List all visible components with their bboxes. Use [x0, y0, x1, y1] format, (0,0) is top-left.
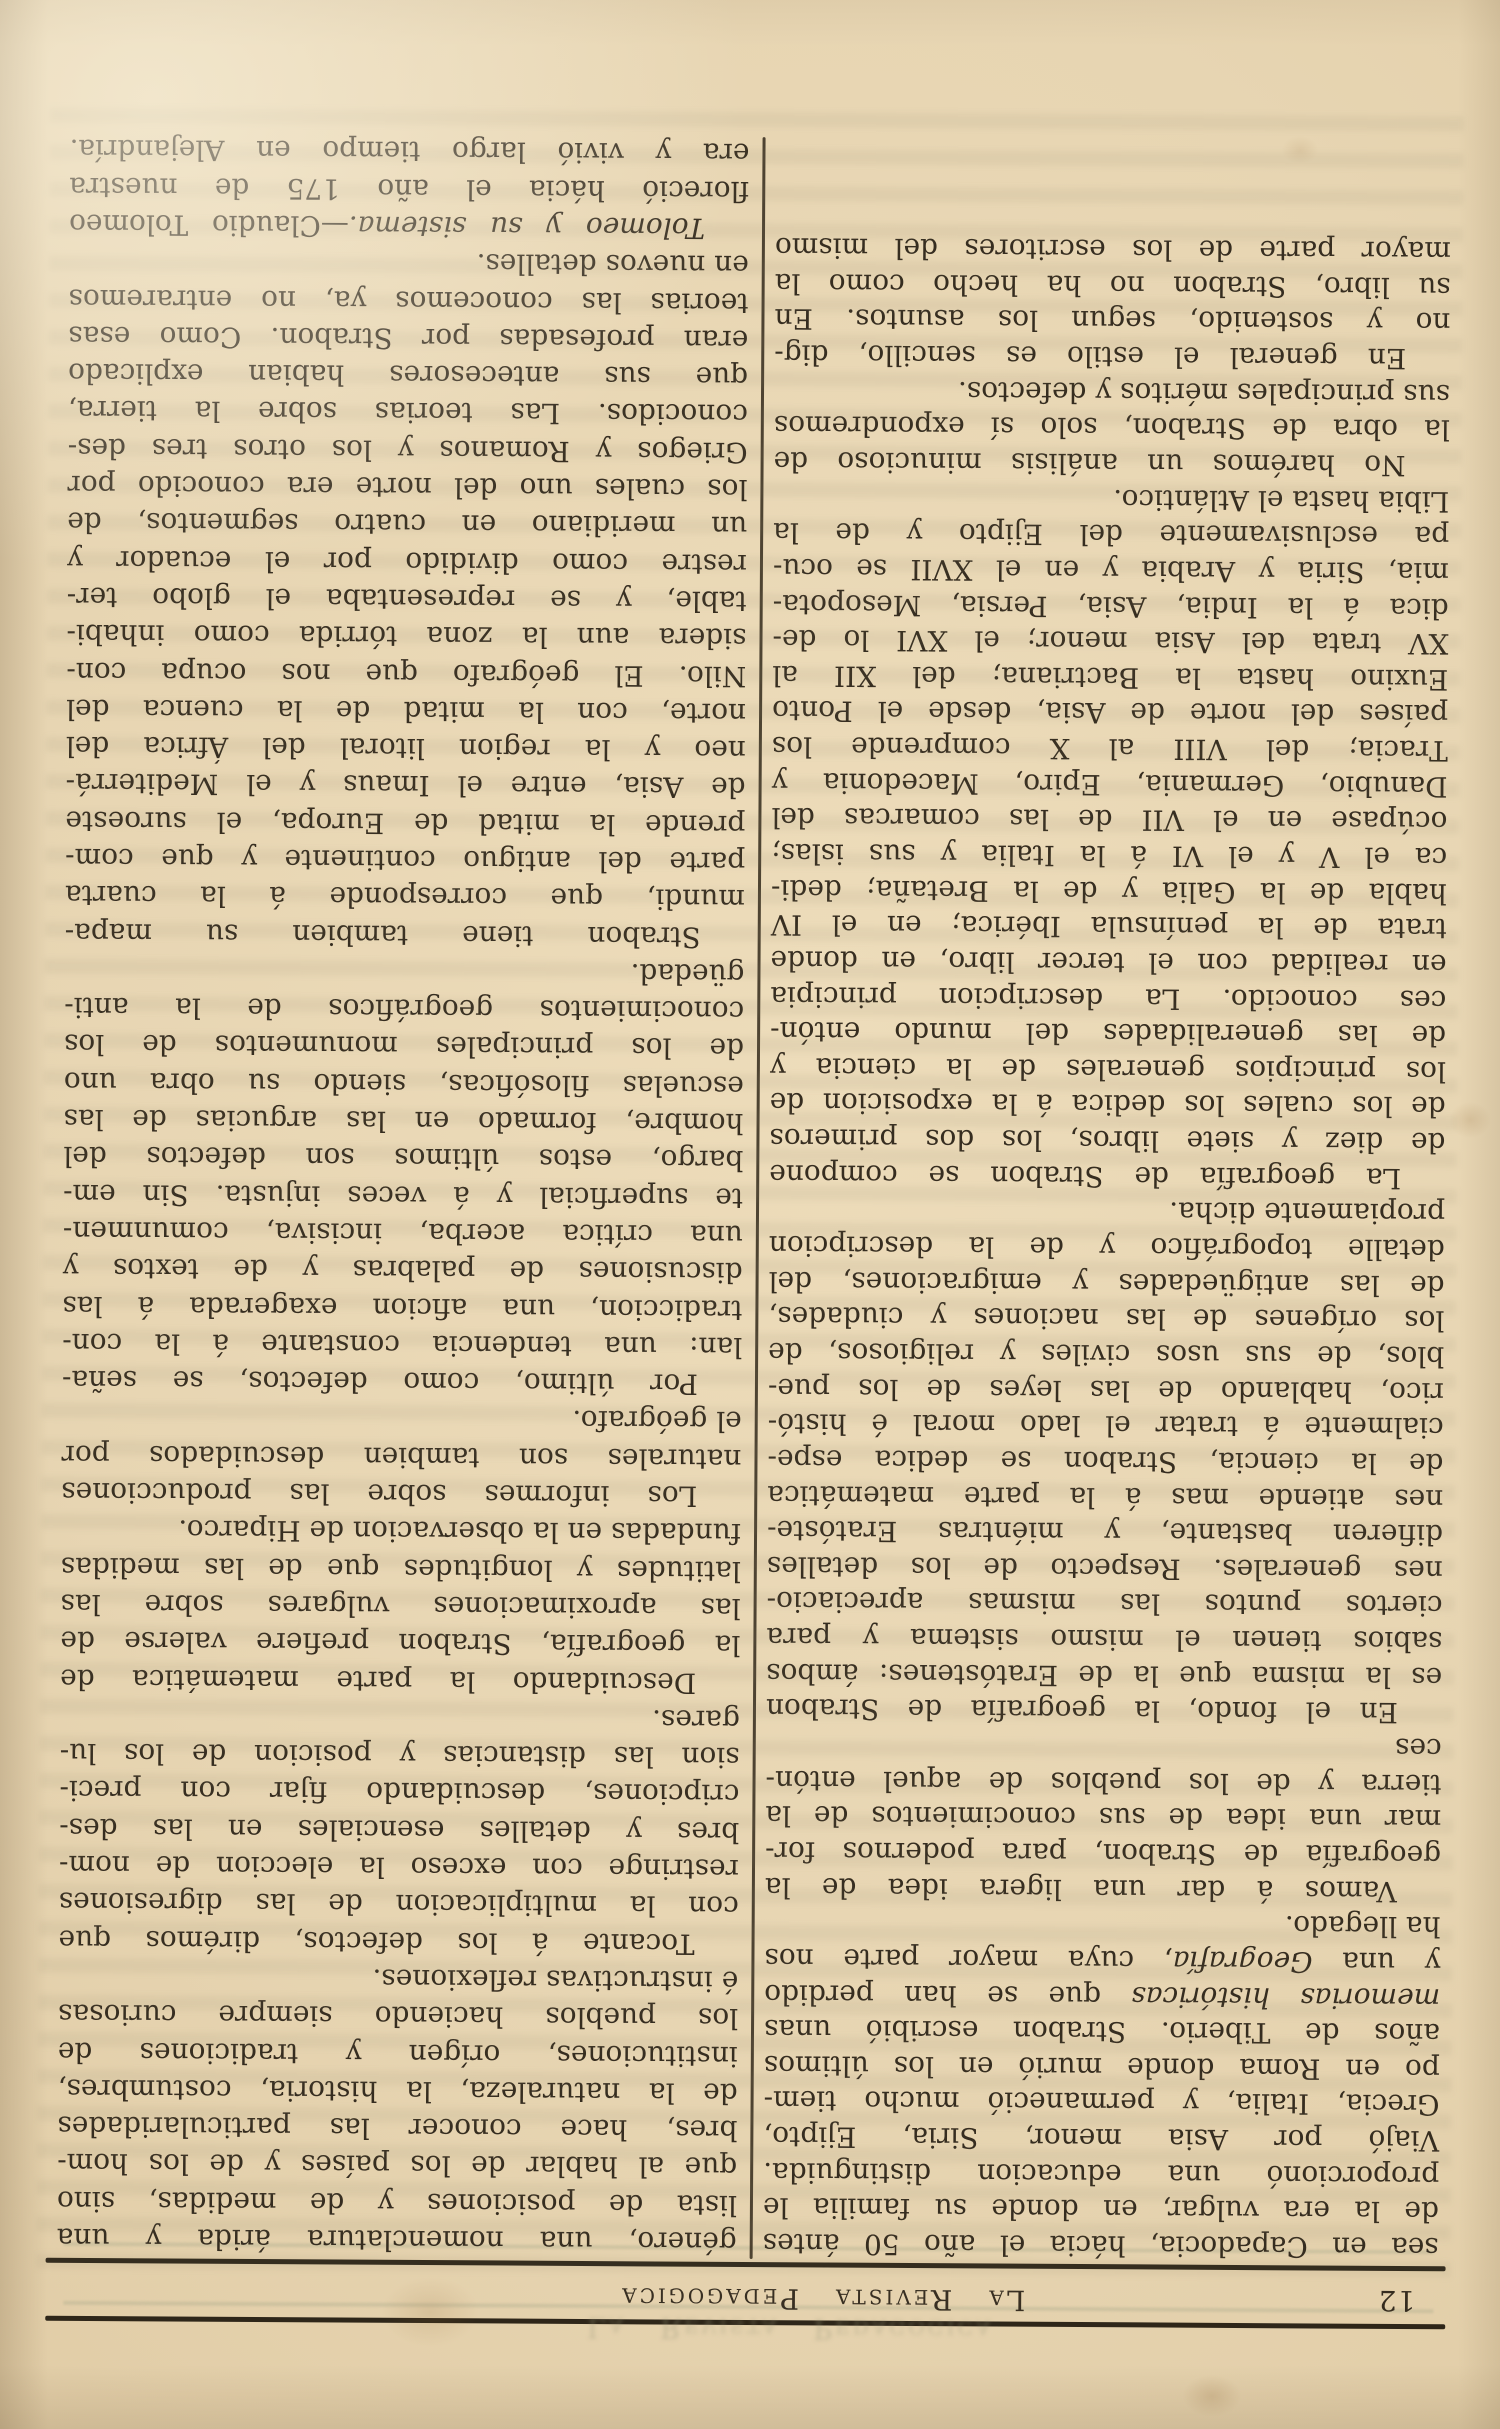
text-line: blos, de sus usos civiles y religiosos, … — [768, 1334, 1444, 1374]
paragraph: Tolomeo y su sistema.—Claudio Tolomeoflo… — [69, 131, 750, 247]
text-line: fundadas en la observacion de Hiparco. — [61, 1511, 741, 1552]
text-line: es la misma que la de Eratóstenes: ámbos — [766, 1655, 1442, 1695]
text-line: bres, hace conocer las particularidades — [57, 2108, 737, 2149]
text-line: ces — [766, 1726, 1442, 1766]
text-line: pa esclusivamente del Ejipto y de la — [773, 515, 1449, 555]
text-line: sea en Capadocia, hácia el año 50 ántes — [763, 2225, 1439, 2265]
journal-title: La Revista Pedagogica — [619, 2281, 1025, 2316]
text-line: Tocante á los defectos, dirémos que — [58, 1921, 738, 1962]
text-line: una crítica acerba, incisiva, comunmen- — [63, 1212, 743, 1253]
paragraph: sea en Capadocia, hácia el año 50 ántesd… — [763, 1905, 1441, 2266]
text-line: Por último, como defectos, se seña- — [62, 1362, 742, 1403]
text-line: La geografía de Strabon se compone — [769, 1156, 1445, 1196]
text-line: Grecia, Italia, y permaneció mucho tiem- — [763, 2083, 1439, 2123]
text-line: mar una idea de sus conocimientos de la — [765, 1798, 1441, 1838]
text-line: güedad. — [64, 951, 744, 992]
text-line: ha llegado. — [765, 1905, 1441, 1945]
paragraph: En el fondo, la geografía de Strabones l… — [766, 1192, 1445, 1731]
text-line: ocúpase en el VII de las comarcas del — [771, 800, 1447, 840]
text-line: tradiccion, una aficion exagerada á las — [62, 1287, 742, 1328]
text-line: naturales son tambien descuidados por — [61, 1436, 741, 1477]
text-line: su libro, Strabon no ha hecho como la — [775, 265, 1451, 305]
text-line: países del norte de Asia, desde el Ponto — [772, 693, 1448, 733]
paragraph: Vamos á dar una ligera idea de lageograf… — [765, 1726, 1442, 1908]
text-line: la geografía, Strabon prefiere valerse d… — [60, 1623, 740, 1664]
text-body: sea en Capadocia, hácia el año 50 ántesd… — [49, 117, 1452, 2265]
text-line: en nuevos detalles. — [69, 243, 749, 284]
scanned-page: 12 La Revista Pedagogica La Revista Peda… — [0, 0, 1500, 2429]
text-line: parte del antiguo continente y que com- — [65, 840, 745, 881]
paragraph: Strabon tiene tambien su mapa-mundi, que… — [65, 243, 749, 956]
text-line: Descuidando la parte matemática de — [60, 1660, 740, 1701]
text-line: los orígenes de las naciones y ciudades, — [768, 1299, 1444, 1339]
text-line: gares. — [60, 1697, 740, 1738]
header-line: 12 La Revista Pedagogica La Revista Peda… — [45, 2269, 1445, 2322]
text-line: que al hablar de los países y de los hom… — [57, 2145, 737, 2186]
text-line: género, una nomenclatura árida y una — [57, 2219, 737, 2260]
text-line: el geógrafo. — [62, 1399, 742, 1440]
text-line: sus principales méritos y defectos. — [774, 372, 1450, 412]
text-line: dica á la India, Asia, Persia, Mesopota- — [773, 586, 1449, 626]
text-line: table, y se representaba el globo ter- — [67, 578, 747, 619]
paragraph: Por último, como defectos, se seña-lan: … — [62, 951, 745, 1403]
text-line: mundi, que corresponde á la cuarta — [65, 877, 745, 918]
paragraph: Tocante á los defectos, dirémos quecon l… — [58, 1697, 740, 1962]
text-line: bargo, estos últimos son defectos del — [63, 1138, 743, 1179]
text-line: floreció hácia el año 175 de nuestra — [69, 168, 749, 209]
text-line: y una Geografía, cuya mayor parte nos — [764, 1940, 1440, 1980]
text-line: Libia hasta el Atlántico. — [773, 479, 1449, 519]
text-line: hombre, formado en las argucias de las — [63, 1101, 743, 1142]
text-line: Griegos y Romanos y los otros tres des- — [68, 429, 748, 470]
text-line: geografía de Strabon, para podernos for- — [765, 1833, 1441, 1873]
text-line: En general el estilo es sencillo, dig- — [774, 337, 1450, 377]
text-line: de diez y siete libros, los dos primeros — [769, 1121, 1445, 1161]
text-line: teorias las conocemos ya, no entraremos — [68, 280, 748, 321]
text-line: norte, con la mitad de la cuenca del — [66, 690, 746, 731]
text-line: instituciones, orígen y tradiciones de — [58, 2033, 738, 2074]
paragraph: género, una nomenclatura árida y unalist… — [57, 1958, 739, 2261]
text-line: eran profesadas por Strabon. Como esas — [68, 317, 748, 358]
text-line: ces conocido. La descripcion principia — [770, 978, 1446, 1018]
text-line: Euxino hasta la Bactriana; del XII al — [772, 657, 1448, 697]
text-line: detalle topográfico y de la descripcion — [769, 1228, 1445, 1268]
text-line: habla de la Galia y de la Bretaña; dedi- — [771, 871, 1447, 911]
text-line: po en Roma donde murió en los últimos — [764, 2047, 1440, 2087]
text-line: de las antigüedades y emigraciones, del — [768, 1263, 1444, 1303]
text-line: mayor parte de los escritores del mismo — [775, 230, 1451, 270]
journal-title-showthrough: La Revista Pedagogica — [587, 2311, 993, 2346]
text-line: neo y la region litoral del África del — [66, 728, 746, 769]
text-line: nes generales. Respecto de los detalles — [767, 1548, 1443, 1588]
text-line: trata de la península Ibérica; en el IV — [771, 907, 1447, 947]
text-column-left: sea en Capadocia, hácia el año 50 ántesd… — [763, 230, 1451, 2266]
text-line: de los cuales los dedica á la exposicion… — [770, 1085, 1446, 1125]
text-line: en realidad con el tercer libro, en dond… — [770, 942, 1446, 982]
text-line: lista de posiciones y de medidas, sino — [57, 2182, 737, 2223]
text-line: de los principales monumentos de los — [64, 1026, 744, 1067]
text-line: Strabon tiene tambien su mapa- — [65, 914, 745, 955]
text-line: memorias históricas que se han perdido — [764, 1976, 1440, 2016]
text-line: propiamente dicha. — [769, 1192, 1445, 1232]
text-line: mia, Siria y Arabia y en el XVII se ocu- — [773, 550, 1449, 590]
text-line: los cuales uno del norte era conocido po… — [67, 467, 747, 508]
text-line: bres y detalles esenciales en las des- — [59, 1809, 739, 1850]
page-number: 12 — [1378, 2284, 1416, 2317]
paragraph: No harémos un análisis minucioso dela ob… — [773, 372, 1450, 483]
text-line: sidera aun la zona tórrida como inhabi- — [66, 616, 746, 657]
text-line: No harémos un análisis minucioso de — [773, 443, 1449, 483]
text-line: no y sostenido, segun los asuntos. En — [774, 301, 1450, 341]
text-line: Vamos á dar una ligera idea de la — [765, 1869, 1441, 1909]
text-line: conocidos. Las teorias sobre la tierra, — [68, 392, 748, 433]
text-line: sabios tienen el mismo sistema y para — [766, 1620, 1442, 1660]
text-line: Tolomeo y su sistema.—Claudio Tolomeo — [69, 205, 749, 246]
text-line: latitudes y longitudes que de las medida… — [61, 1548, 741, 1589]
text-line: años de Tiberio. Strabon escribió unas — [764, 2012, 1440, 2052]
text-line: un meridiano en cuatro segmentos, de — [67, 504, 747, 545]
text-line: discusiones de palabras y de textos y — [63, 1250, 743, 1291]
text-line: rico, hablando de las leyes de los pue- — [768, 1370, 1444, 1410]
text-line: En el fondo, la geografía de Strabon — [766, 1691, 1442, 1731]
text-line: proporcionó una educacion distinguida. — [763, 2154, 1439, 2194]
text-line: restre como dividido por el ecuador y — [67, 541, 747, 582]
text-line: Nilo. El geógrafo que nos ocupa con- — [66, 653, 746, 694]
text-line: sion las distancias y posicion de los lu… — [60, 1735, 740, 1776]
text-line: XV trata del Asia menor; el XVI lo de- — [772, 622, 1448, 662]
paragraph: Los informes sobre las produccionesnatur… — [61, 1399, 742, 1515]
text-line: nes atiende mas á la parte matemática — [767, 1477, 1443, 1517]
text-line: con la multiplicacion de las digresiones — [59, 1884, 739, 1925]
text-line: las aproximaciones vulgares sobre las — [60, 1585, 740, 1626]
text-line: lan: una tendencia constante á la con- — [62, 1324, 742, 1365]
text-line: los principios generales de la ciencia y — [770, 1049, 1446, 1089]
text-line: tierra y de los pueblos de aquel entón- — [765, 1762, 1441, 1802]
paragraph: La geografía de Strabon se componede die… — [769, 479, 1449, 1196]
text-line: de la era vulgar, en donde su familia le — [763, 2190, 1439, 2230]
paragraph: En general el estilo es sencillo, dig-no… — [774, 230, 1451, 377]
text-column-right: género, una nomenclatura árida y unalist… — [57, 131, 750, 2261]
text-line: é instructivas reflexiones. — [58, 1958, 738, 1999]
text-line: Los informes sobre las producciones — [61, 1474, 741, 1515]
text-line: Tracia; del VIII al X comprende los — [772, 729, 1448, 769]
text-line: prende la mitad de Europa, el suroeste — [65, 802, 745, 843]
text-line: difieren bastante, y miéntras Eratóste- — [767, 1513, 1443, 1553]
text-line: Viajó por Asia menor, Siria, Ejipto, — [763, 2119, 1439, 2159]
text-line: que sus antecesores habian explicado — [68, 355, 748, 396]
column-divider-rule — [750, 137, 766, 2259]
page-content-rotated-180: 12 La Revista Pedagogica La Revista Peda… — [0, 0, 1500, 2429]
text-line: escuelas filosóficas, siendo su obra uno — [64, 1063, 744, 1104]
text-line: de las generalidades del mundo entón- — [770, 1014, 1446, 1054]
text-line: ciertos puntos las mismas apreciacio- — [767, 1584, 1443, 1624]
text-line: conocimientos geográficos de la anti- — [64, 989, 744, 1030]
text-line: ca el V y el VI á la Italia y sus islas; — [771, 835, 1447, 875]
text-line: restringe con exceso la eleccion de nom- — [59, 1847, 739, 1888]
text-line: de Asia, entre el Imaus y el Mediterrá- — [66, 765, 746, 806]
text-line: era y vivió largo tiempo en Alejandría. — [69, 131, 749, 172]
text-line: Danubio, Germania, Epiro, Macedonia y — [772, 764, 1448, 804]
text-line: de la naturaleza, la historia, costumbre… — [58, 2070, 738, 2111]
text-line: los pueblos haciendo siempre curiosas — [58, 1996, 738, 2037]
text-line: la obra de Strabon, solo sí expondremos — [774, 408, 1450, 448]
text-line: te superficial y á veces injusta. Sin em… — [63, 1175, 743, 1216]
text-line: cripciones, descuidando fijar con preci- — [59, 1772, 739, 1813]
paragraph: Descuidando la parte matemática dela geo… — [60, 1511, 741, 1702]
text-line: de la ciencia, Strabon se dedica espe- — [767, 1441, 1443, 1481]
text-line: cialmente á tratar el lado moral é histó… — [768, 1406, 1444, 1446]
